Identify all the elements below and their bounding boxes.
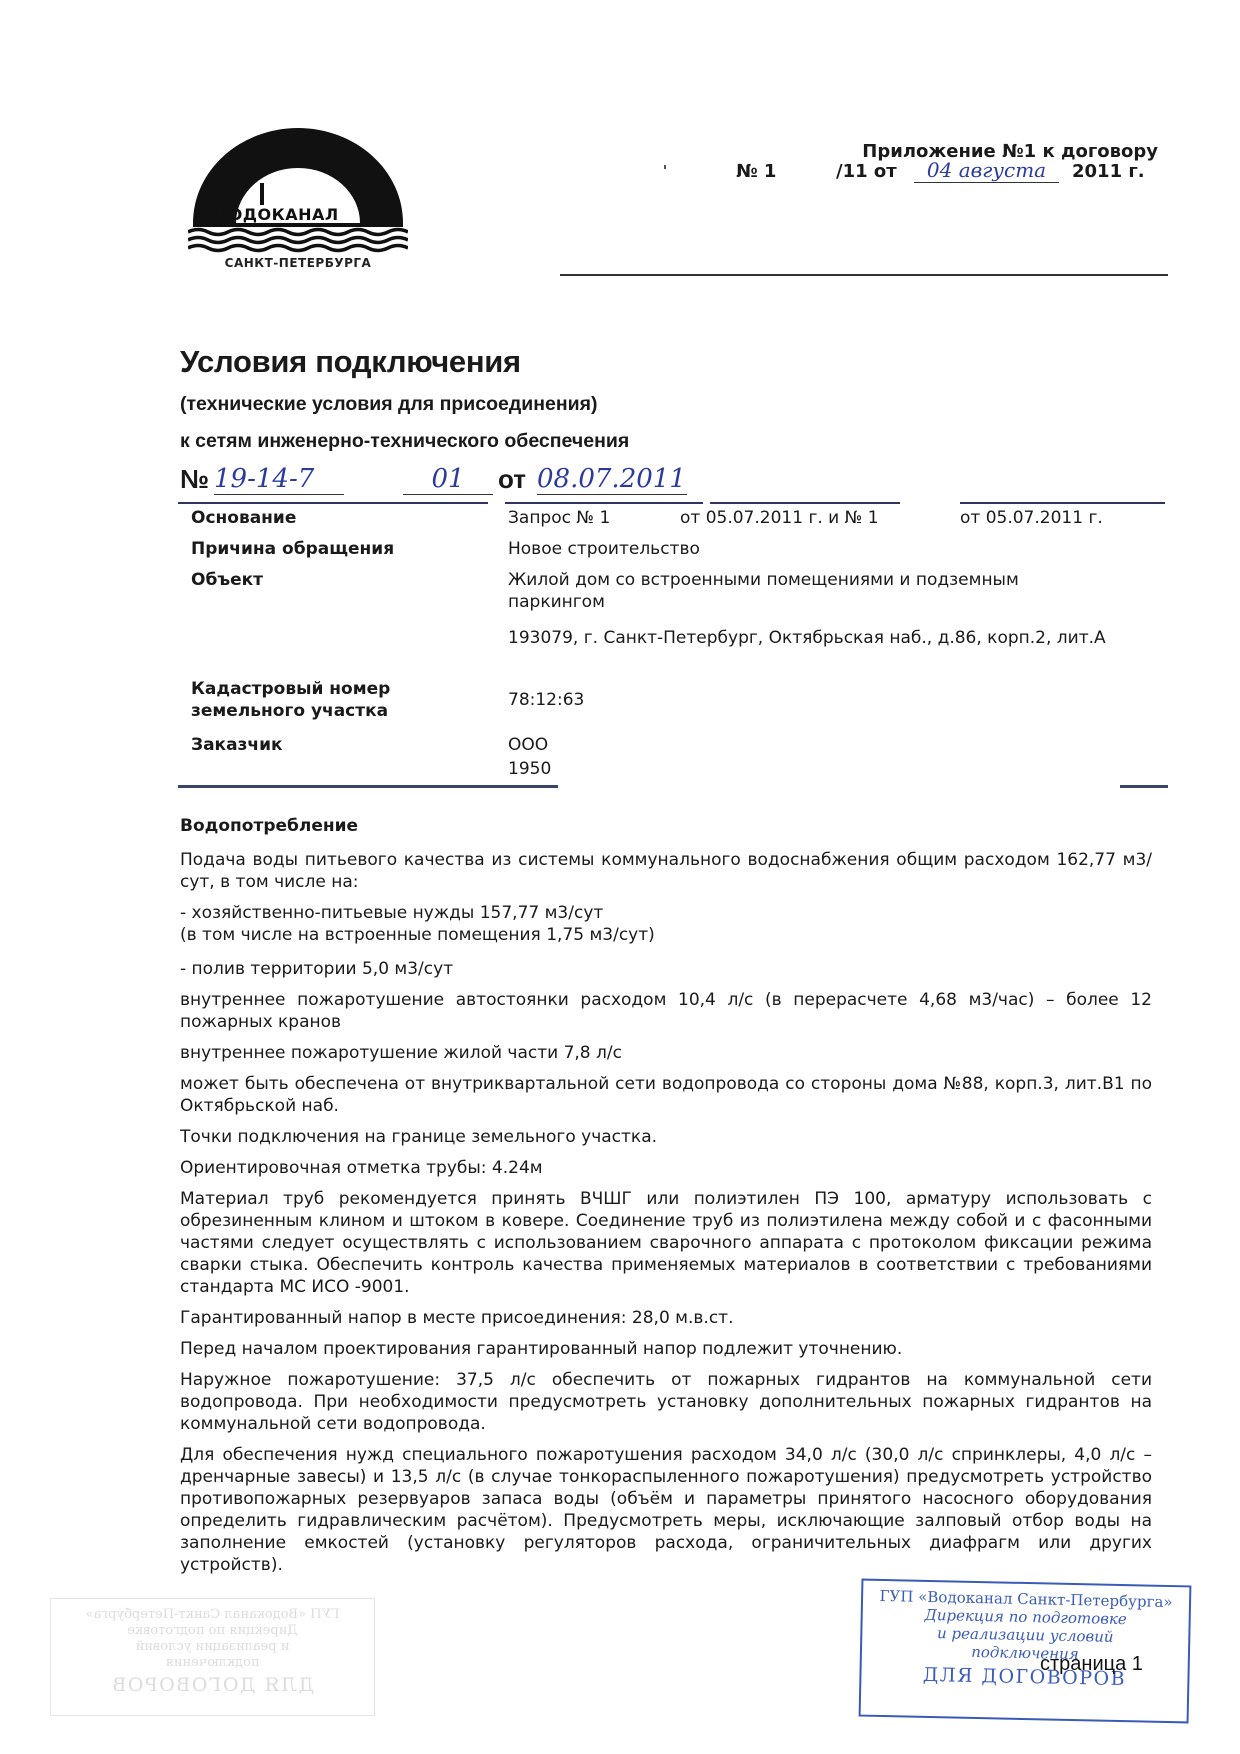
number-part1-handwritten: 19-14-7 bbox=[214, 464, 344, 495]
info-label: Причина обращения bbox=[191, 538, 491, 560]
arch-logo-icon: ВОДОКАНАЛ bbox=[188, 128, 408, 253]
paragraph: внутреннее пожаротушение автостоянки рас… bbox=[180, 989, 1152, 1033]
paragraph: Наружное пожаротушение: 37,5 л/с обеспеч… bbox=[180, 1369, 1152, 1435]
divider bbox=[178, 502, 488, 504]
number-part2-handwritten: 01 bbox=[403, 464, 493, 495]
scan-speck bbox=[664, 165, 666, 169]
annex-contract-suffix: /11 от bbox=[836, 161, 897, 182]
document-number-row: № 19-14-7 01 от 08.07.2011 bbox=[180, 464, 780, 500]
vodokanal-logo: ВОДОКАНАЛ САНКТ-ПЕТЕРБУРГА bbox=[188, 128, 408, 278]
paragraph: Материал труб рекомендуется принять ВЧШГ… bbox=[180, 1188, 1152, 1298]
info-label: Объект bbox=[191, 569, 491, 591]
logo-city: САНКТ-ПЕТЕРБУРГА bbox=[188, 256, 408, 270]
info-label: земельного участка bbox=[191, 700, 491, 722]
info-value-extra: от 05.07.2011 г. и № 1 bbox=[680, 507, 879, 529]
svg-text:ВОДОКАНАЛ: ВОДОКАНАЛ bbox=[216, 205, 339, 224]
paragraph: - полив территории 5,0 м3/сут bbox=[180, 958, 1152, 980]
section-title: Водопотребление bbox=[180, 815, 1152, 837]
info-label: Заказчик bbox=[191, 734, 491, 756]
paragraph: внутреннее пожаротушение жилой части 7,8… bbox=[180, 1042, 1152, 1064]
divider bbox=[960, 502, 1165, 504]
stamp-line: ГУП «Водоканал Санкт-Петербурга» bbox=[51, 1607, 374, 1623]
document-subtitle-2: к сетям инженерно-технического обеспечен… bbox=[180, 430, 629, 453]
date-label: от bbox=[498, 464, 526, 495]
divider bbox=[710, 502, 900, 504]
info-value-extra: от 05.07.2011 г. bbox=[960, 507, 1103, 529]
info-value: ООО bbox=[508, 734, 1128, 756]
document-subtitle: (технические условия для присоединения) bbox=[180, 393, 598, 416]
date-handwritten: 08.07.2011 bbox=[537, 464, 687, 495]
water-section: Водопотребление Подача воды питьевого ка… bbox=[180, 815, 1152, 1585]
paragraph: (в том числе на встроенные помещения 1,7… bbox=[180, 924, 1152, 946]
info-value-address: 193079, г. Санкт-Петербург, Октябрьская … bbox=[508, 627, 1128, 649]
stamp-line: подключения bbox=[51, 1655, 374, 1671]
faded-stamp: ГУП «Водоканал Санкт-Петербурга» Дирекци… bbox=[50, 1598, 375, 1716]
annex-date-handwritten: 04 августа bbox=[914, 161, 1059, 183]
annex-year: 2011 г. bbox=[1072, 161, 1145, 182]
info-value: Новое строительство bbox=[508, 538, 1128, 560]
paragraph: Перед началом проектирования гарантирова… bbox=[180, 1338, 1152, 1360]
info-label: Основание bbox=[191, 507, 491, 529]
stamp-line: и реализации условий bbox=[51, 1639, 374, 1655]
divider bbox=[1120, 785, 1168, 788]
number-label: № bbox=[180, 464, 209, 495]
info-value: 1950 bbox=[508, 758, 1128, 780]
divider bbox=[178, 785, 558, 788]
info-value: Жилой дом со встроенными помещениями и п… bbox=[508, 569, 1088, 613]
organization-stamp: ГУП «Водоканал Санкт-Петербурга» Дирекци… bbox=[859, 1579, 1192, 1724]
info-value: Запрос № 1 bbox=[508, 507, 668, 529]
info-value: 78:12:63 bbox=[508, 689, 1128, 711]
header-divider bbox=[560, 274, 1168, 276]
paragraph: - хозяйственно-питьевые нужды 157,77 м3/… bbox=[180, 902, 1152, 924]
divider bbox=[505, 502, 703, 504]
paragraph: Ориентировочная отметка трубы: 4.24м bbox=[180, 1157, 1152, 1179]
paragraph: может быть обеспечена от внутриквартальн… bbox=[180, 1073, 1152, 1117]
paragraph: Точки подключения на границе земельного … bbox=[180, 1126, 1152, 1148]
document-title: Условия подключения bbox=[180, 344, 521, 380]
paragraph: Гарантированный напор в месте присоедине… bbox=[180, 1307, 1152, 1329]
info-label: Кадастровый номер bbox=[191, 678, 491, 700]
annex-number-label: № 1 bbox=[736, 161, 776, 182]
stamp-line: ДЛЯ ДОГОВОРОВ bbox=[51, 1677, 374, 1693]
paragraph: Для обеспечения нужд специального пожаро… bbox=[180, 1444, 1152, 1576]
paragraph: Подача воды питьевого качества из систем… bbox=[180, 849, 1152, 893]
stamp-line: Дирекция по подготовке bbox=[51, 1623, 374, 1639]
page-number: страница 1 bbox=[1040, 1653, 1143, 1676]
